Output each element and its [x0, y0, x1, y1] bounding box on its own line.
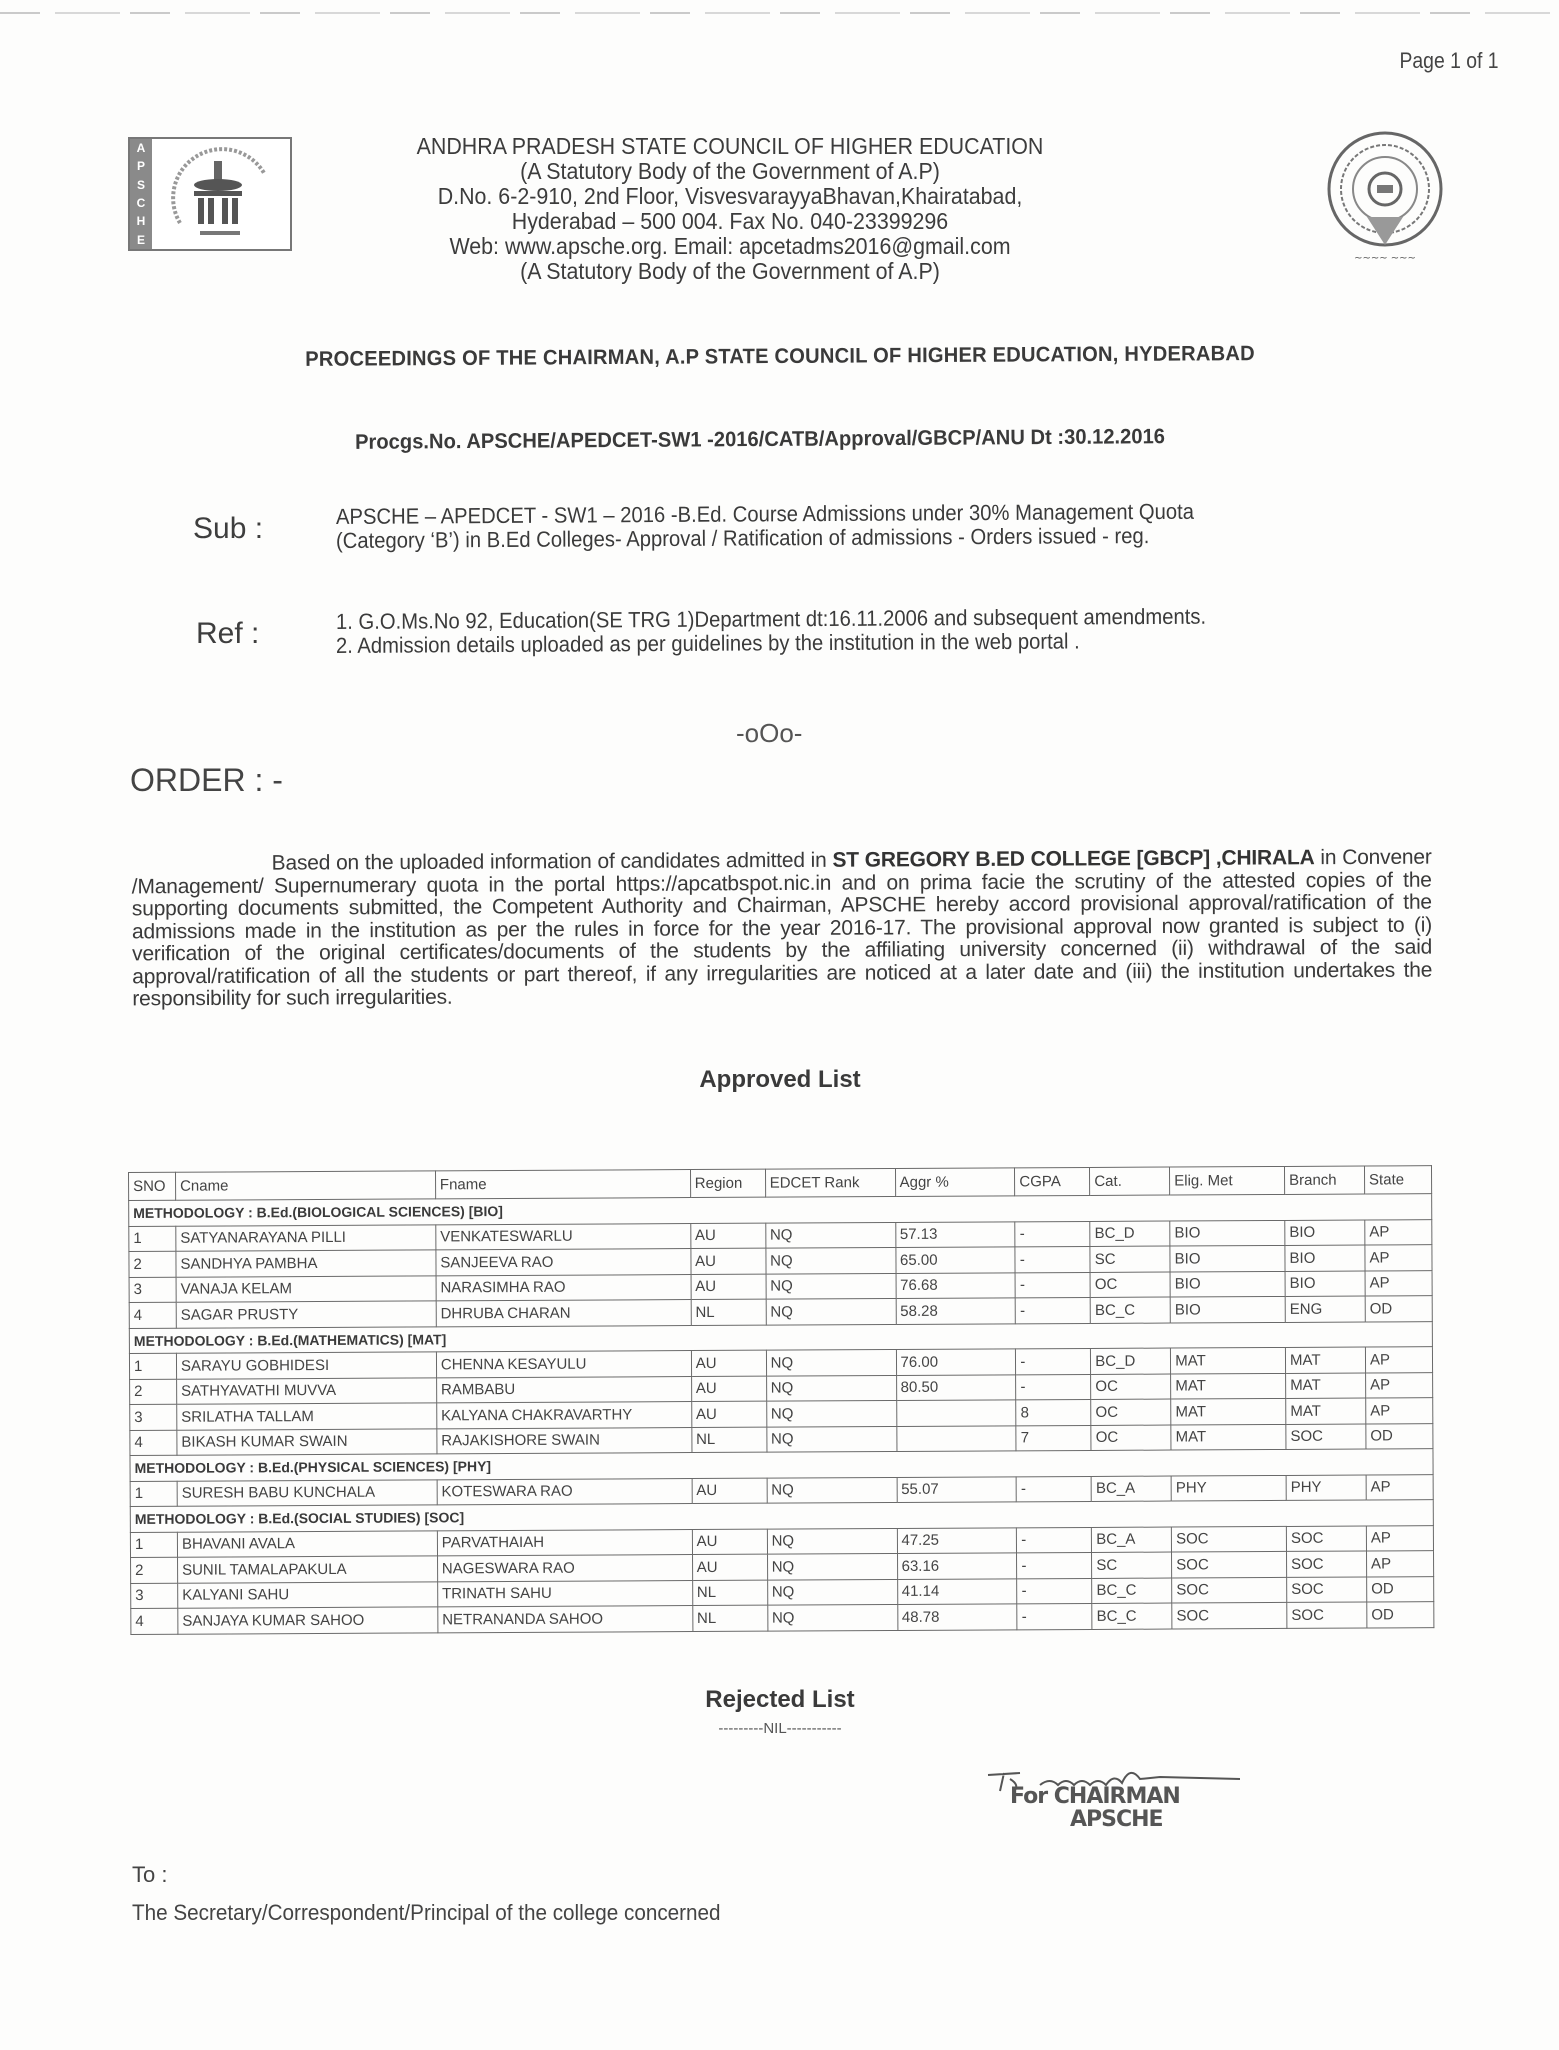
logo-letter: S [137, 178, 145, 192]
logo-letter: E [137, 233, 145, 247]
page-indicator: Page 1 of 1 [1400, 48, 1499, 74]
table-cell: BC_A [1091, 1476, 1171, 1502]
table-cell: MAT [1171, 1373, 1286, 1399]
column-header: Region [690, 1169, 765, 1197]
table-cell: 3 [131, 1583, 178, 1609]
table-cell: NAGESWARA RAO [437, 1555, 692, 1582]
table-cell: NQ [766, 1273, 896, 1299]
table-cell: BIO [1170, 1296, 1285, 1322]
table-cell: NQ [767, 1528, 897, 1554]
table-row: 4SANJAYA KUMAR SAHOONETRANANDA SAHOONLNQ… [131, 1602, 1434, 1634]
table-cell: 80.50 [896, 1374, 1016, 1400]
table-cell: AP [1366, 1551, 1433, 1577]
table-cell: 63.16 [897, 1553, 1017, 1579]
table-cell: NETRANANDA SAHOO [438, 1606, 693, 1633]
reference-label: Ref : [196, 617, 259, 651]
org-web-email: Web: www.apsche.org. Email: apcetadms201… [330, 234, 1130, 259]
column-header: Aggr % [895, 1168, 1015, 1197]
org-city-fax: Hyderabad – 500 004. Fax No. 040-2339929… [330, 209, 1130, 234]
table-cell: 76.00 [896, 1349, 1016, 1375]
table-cell: AP [1365, 1347, 1432, 1373]
proceedings-title: PROCEEDINGS OF THE CHAIRMAN, A.P STATE C… [166, 341, 1395, 373]
table-cell: 4 [130, 1430, 177, 1456]
to-label: To : [132, 1862, 167, 1888]
table-cell: 58.28 [896, 1298, 1016, 1324]
order-body: Based on the uploaded information of can… [132, 847, 1433, 1011]
table-cell: SOC [1286, 1424, 1366, 1450]
org-status-repeat: (A Statutory Body of the Government of A… [330, 259, 1130, 284]
table-cell: AP [1366, 1372, 1433, 1398]
table-cell: 1 [130, 1532, 177, 1558]
logo-letter: A [137, 141, 146, 155]
table-cell: NL [692, 1427, 767, 1453]
column-header: Branch [1285, 1166, 1365, 1194]
table-cell: 57.13 [895, 1221, 1015, 1247]
table-cell: OC [1091, 1399, 1171, 1425]
table-cell: 41.14 [897, 1578, 1017, 1604]
table-cell: NQ [766, 1247, 896, 1273]
signatory-line: For CHAIRMAN [1010, 1785, 1180, 1808]
table-cell: OD [1367, 1576, 1434, 1602]
table-cell: 2 [131, 1557, 178, 1583]
table-cell: AU [690, 1223, 765, 1249]
table-cell: 3 [129, 1277, 176, 1303]
table-cell: SOC [1286, 1526, 1366, 1552]
column-header: State [1364, 1166, 1431, 1194]
table-cell: BC_C [1090, 1297, 1170, 1323]
table-cell: NQ [766, 1375, 896, 1401]
table-cell: SAGAR PRUSTY [176, 1301, 436, 1328]
column-header: Cname [175, 1171, 435, 1200]
table-cell: OD [1367, 1602, 1434, 1628]
table-cell: SOC [1287, 1577, 1367, 1603]
table-cell: 48.78 [897, 1604, 1017, 1630]
table-cell: MAT [1285, 1347, 1365, 1373]
recipient: The Secretary/Correspondent/Principal of… [132, 1900, 721, 1926]
column-header: Cat. [1090, 1167, 1170, 1195]
college-name: ST GREGORY B.ED COLLEGE [GBCP] ,CHIRALA [832, 846, 1314, 872]
table-cell: 3 [130, 1404, 177, 1430]
table-cell: - [1017, 1527, 1092, 1553]
table-cell: SANJEEVA RAO [436, 1249, 691, 1276]
subject-label: Sub : [193, 512, 263, 546]
table-cell: NQ [765, 1222, 895, 1248]
table-cell: KALYANI SAHU [178, 1581, 438, 1608]
table-cell: - [1016, 1476, 1091, 1502]
table-cell: BIKASH KUMAR SWAIN [177, 1428, 437, 1455]
table-cell: AU [691, 1376, 766, 1402]
letterhead: ANDHRA PRADESH STATE COUNCIL OF HIGHER E… [330, 134, 1130, 284]
proceedings-number: Procgs.No. APSCHE/APEDCET-SW1 -2016/CATB… [222, 424, 1297, 456]
approved-list-table: SNOCnameFnameRegionEDCET RankAggr %CGPAC… [128, 1165, 1434, 1634]
table-cell: AU [692, 1478, 767, 1504]
table-cell: BIO [1170, 1245, 1285, 1271]
logo-letter: H [137, 214, 146, 228]
table-cell: NL [691, 1299, 766, 1325]
table-cell: AU [692, 1554, 767, 1580]
table-cell: 1 [129, 1353, 176, 1379]
table-cell: SATYANARAYANA PILLI [176, 1224, 436, 1251]
table-cell: 47.25 [897, 1527, 1017, 1553]
table-cell: - [1015, 1221, 1090, 1247]
table-cell: AP [1365, 1270, 1432, 1296]
table-cell: - [1015, 1272, 1090, 1298]
scan-edge-line [0, 12, 1559, 14]
table-cell: NQ [767, 1579, 897, 1605]
table-cell: ENG [1285, 1296, 1365, 1322]
table-cell: OD [1365, 1296, 1432, 1322]
org-name: ANDHRA PRADESH STATE COUNCIL OF HIGHER E… [330, 134, 1130, 159]
table-cell: AU [691, 1401, 766, 1427]
table-cell: SOC [1172, 1577, 1287, 1603]
table-cell: SURESH BABU KUNCHALA [177, 1479, 437, 1506]
government-seal-icon: ~~~~ ~~~ [1315, 127, 1455, 267]
table-cell: 2 [130, 1379, 177, 1405]
table-cell: TRINATH SAHU [437, 1580, 692, 1607]
table-cell: MAT [1286, 1373, 1366, 1399]
table-cell: NARASIMHA RAO [436, 1274, 691, 1301]
table-cell: KOTESWARA RAO [437, 1478, 692, 1505]
table-cell: BIO [1170, 1220, 1285, 1246]
signatory-org: APSCHE [1010, 1808, 1180, 1831]
table-cell: NQ [766, 1426, 896, 1452]
apsche-logo: A P S C H E [128, 137, 292, 251]
table-cell: OD [1366, 1423, 1433, 1449]
table-cell: 4 [131, 1608, 178, 1634]
column-header: Elig. Met [1170, 1166, 1285, 1195]
table-cell: AP [1365, 1245, 1432, 1271]
separator: -oOo- [736, 718, 802, 749]
table-cell: NL [692, 1605, 767, 1631]
table-cell: BIO [1170, 1271, 1285, 1297]
reference-line: 2. Admission details uploaded as per gui… [336, 629, 1206, 658]
table-cell: NQ [767, 1604, 897, 1630]
approved-list-title: Approved List [580, 1066, 980, 1094]
table-cell: SANDHYA PAMBHA [176, 1250, 436, 1277]
column-header: Fname [435, 1170, 690, 1199]
table-cell: RAMBABU [436, 1376, 691, 1403]
subject-line: (Category ‘B’) in B.Ed Colleges- Approva… [336, 524, 1194, 553]
table-cell: NQ [766, 1400, 896, 1426]
table-cell: OC [1090, 1272, 1170, 1298]
subject-text: APSCHE – APEDCET - SW1 – 2016 -B.Ed. Cou… [336, 505, 1269, 553]
table-cell: SOC [1287, 1602, 1367, 1628]
table-cell: AP [1365, 1219, 1432, 1245]
table-cell: SARAYU GOBHIDESI [176, 1352, 436, 1379]
table-cell: BC_A [1092, 1527, 1172, 1553]
table-cell: MAT [1171, 1347, 1286, 1373]
table-cell: BC_D [1090, 1221, 1170, 1247]
table-cell: 55.07 [897, 1476, 1017, 1502]
table-cell: NL [692, 1580, 767, 1606]
table-cell: VANAJA KELAM [176, 1275, 436, 1302]
table-cell: - [1016, 1348, 1091, 1374]
pillar-emblem-icon [160, 143, 284, 243]
table-cell [896, 1425, 1016, 1451]
table-cell: SRILATHA TALLAM [177, 1403, 437, 1430]
table-cell: 7 [1016, 1425, 1091, 1451]
table-cell [896, 1400, 1016, 1426]
table-cell: NQ [767, 1553, 897, 1579]
table-cell: SC [1090, 1246, 1170, 1272]
table-cell: PHY [1286, 1475, 1366, 1501]
table-cell: BIO [1285, 1271, 1365, 1297]
rejected-list-value: ---------NIL----------- [580, 1720, 980, 1737]
table-cell: KALYANA CHAKRAVARTHY [437, 1402, 692, 1429]
svg-text:~~~~ ~~~: ~~~~ ~~~ [1354, 253, 1416, 264]
table-cell: OC [1091, 1425, 1171, 1451]
order-label: ORDER : - [130, 762, 283, 799]
org-address: D.No. 6-2-910, 2nd Floor, VisvesvarayyaB… [330, 184, 1130, 209]
table-cell: AP [1366, 1525, 1433, 1551]
table-cell: NQ [767, 1477, 897, 1503]
table-cell: BIO [1285, 1245, 1365, 1271]
table-cell: MAT [1171, 1424, 1286, 1450]
table-cell: - [1016, 1297, 1091, 1323]
table-cell: SATHYAVATHI MUVVA [177, 1377, 437, 1404]
table-cell: SC [1092, 1552, 1172, 1578]
rejected-list-title: Rejected List [580, 1686, 980, 1714]
table-cell: BC_C [1092, 1578, 1172, 1604]
table-cell: RAJAKISHORE SWAIN [437, 1427, 692, 1454]
table-cell: AP [1366, 1398, 1433, 1424]
table-cell: PARVATHAIAH [437, 1529, 692, 1556]
table-cell: 4 [129, 1302, 176, 1328]
table-cell: 65.00 [895, 1247, 1015, 1273]
table-cell: AU [691, 1248, 766, 1274]
table-cell: MAT [1171, 1398, 1286, 1424]
table-cell: BHAVANI AVALA [177, 1530, 437, 1557]
table-cell: SOC [1287, 1551, 1367, 1577]
table-cell: - [1017, 1578, 1092, 1604]
org-status: (A Statutory Body of the Government of A… [330, 159, 1130, 184]
table-cell: AU [692, 1529, 767, 1555]
table-cell: SOC [1172, 1526, 1287, 1552]
table-cell: CHENNA KESAYULU [436, 1351, 691, 1378]
table-cell: OC [1091, 1374, 1171, 1400]
table-cell: AU [691, 1350, 766, 1376]
table-cell: VENKATESWARLU [436, 1223, 691, 1250]
table-cell: NQ [766, 1349, 896, 1375]
table-cell: SANJAYA KUMAR SAHOO [178, 1607, 438, 1634]
table-cell: - [1017, 1552, 1092, 1578]
table-cell: 76.68 [896, 1272, 1016, 1298]
table-cell: 1 [130, 1481, 177, 1507]
table-cell: - [1015, 1246, 1090, 1272]
table-cell: AP [1366, 1474, 1433, 1500]
table-cell: 1 [129, 1226, 176, 1252]
logo-band: A P S C H E [130, 139, 152, 249]
table-cell: SUNIL TAMALAPAKULA [178, 1556, 438, 1583]
column-header: CGPA [1015, 1167, 1090, 1195]
table-cell: BC_C [1092, 1603, 1172, 1629]
table-cell: AU [691, 1274, 766, 1300]
table-cell: - [1016, 1374, 1091, 1400]
table-cell: NQ [766, 1298, 896, 1324]
table-cell: MAT [1286, 1398, 1366, 1424]
table-cell: SOC [1172, 1602, 1287, 1628]
table-cell: - [1017, 1603, 1092, 1629]
table-cell: BC_D [1091, 1348, 1171, 1374]
table-cell: DHRUBA CHARAN [436, 1300, 691, 1327]
column-header: EDCET Rank [765, 1168, 895, 1197]
table-cell: BIO [1285, 1220, 1365, 1246]
table-cell: PHY [1171, 1475, 1286, 1501]
table-cell: 2 [129, 1251, 176, 1277]
reference-text: 1. G.O.Ms.No 92, Education(SE TRG 1)Depa… [336, 610, 1282, 658]
table-cell: SOC [1172, 1551, 1287, 1577]
logo-letter: P [137, 159, 145, 173]
column-header: SNO [129, 1172, 176, 1200]
table-cell: 8 [1016, 1399, 1091, 1425]
signature-block: For CHAIRMAN APSCHE [1010, 1785, 1180, 1831]
logo-letter: C [137, 196, 146, 210]
